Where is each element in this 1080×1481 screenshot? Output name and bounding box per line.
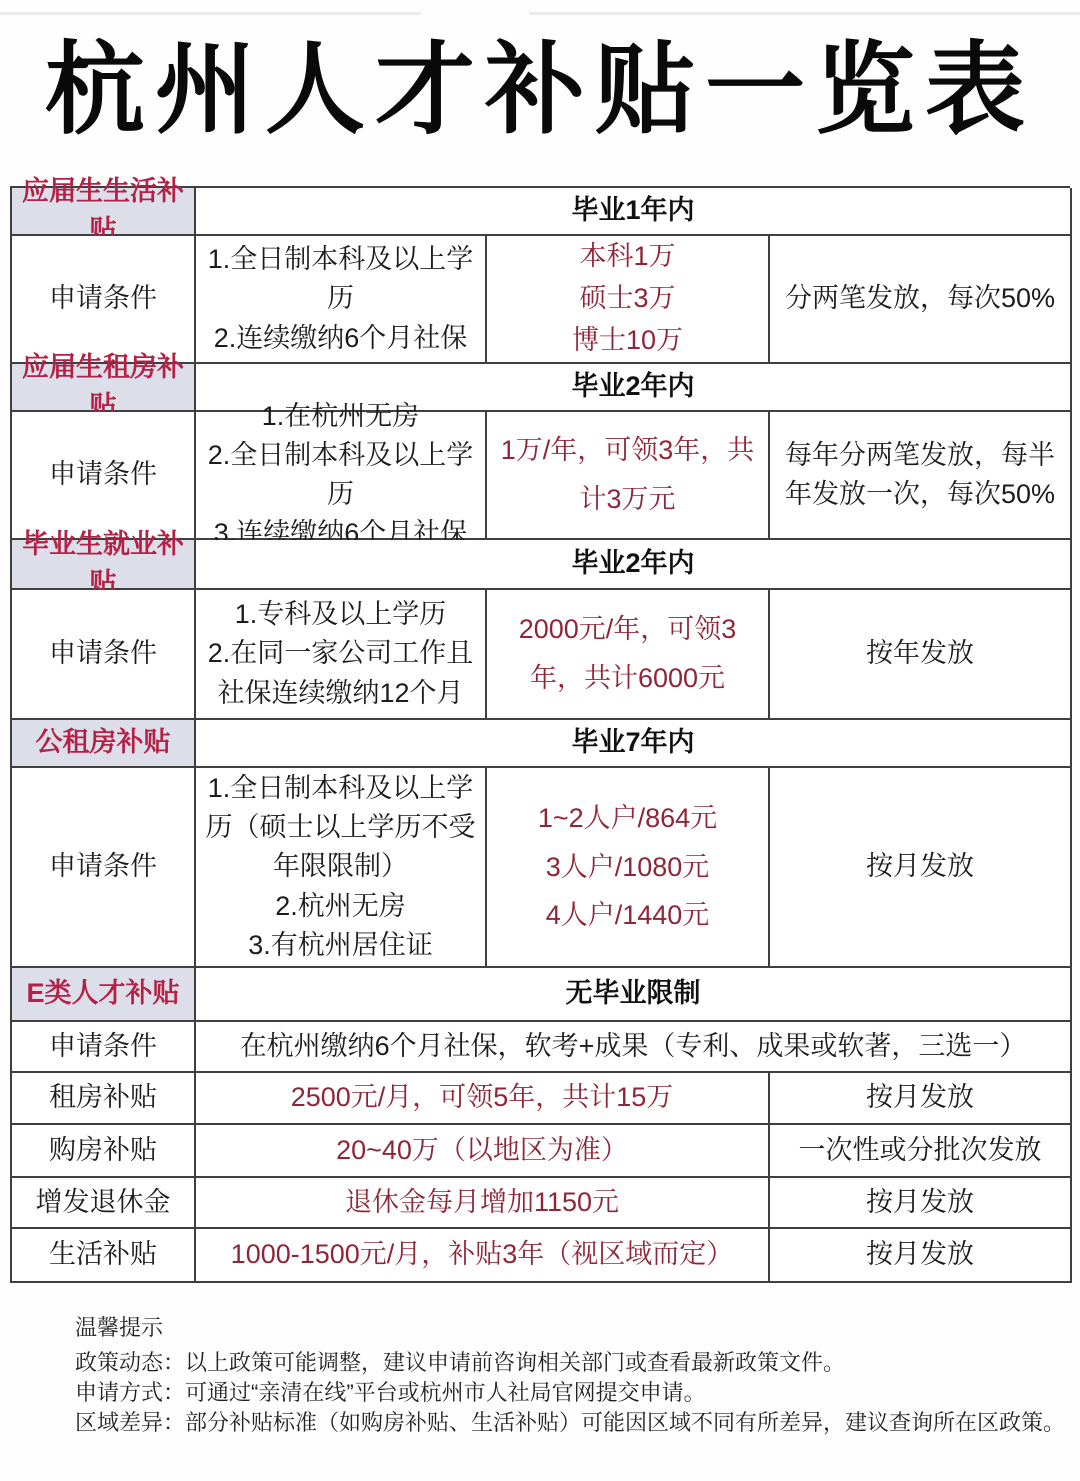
section-1-row-label: 申请条件 xyxy=(12,236,196,364)
e-row-rent-label: 租房补贴 xyxy=(12,1073,196,1125)
e-row-living-payment: 按月发放 xyxy=(770,1229,1072,1283)
section-4-row-label: 申请条件 xyxy=(12,768,196,968)
e-row-living-value: 1000-1500元/月，补贴3年（视区域而定） xyxy=(196,1229,770,1283)
section-1-conditions: 1.全日制本科及以上学历 2.连续缴纳6个月社保 xyxy=(196,236,487,364)
section-4-label: 公租房补贴 xyxy=(12,720,196,768)
section-3-payment: 按年发放 xyxy=(770,590,1072,720)
e-row-pension-label: 增发退休金 xyxy=(12,1178,196,1229)
section-2-conditions: 1.在杭州无房 2.全日制本科及以上学历 3.连续缴纳6个月社保 xyxy=(196,412,487,540)
note-apply: 申请方式：可通过“亲清在线”平台或杭州市人社局官网提交申请。 xyxy=(75,1378,1080,1408)
page: 杭州人才补贴一览表 应届生生活补贴 毕业1年内 申请条件 1.全日制本科及以上学… xyxy=(0,0,1080,1481)
e-row-purchase-value: 20~40万（以地区为准） xyxy=(196,1125,770,1178)
section-3-label: 毕业生就业补贴 xyxy=(12,540,196,590)
section-2-row-label: 申请条件 xyxy=(12,412,196,540)
section-1-period: 毕业1年内 xyxy=(196,188,1072,236)
section-3-period: 毕业2年内 xyxy=(196,540,1072,590)
section-4-period: 毕业7年内 xyxy=(196,720,1072,768)
section-4-conditions: 1.全日制本科及以上学历（硕士以上学历不受年限限制） 2.杭州无房 3.有杭州居… xyxy=(196,768,487,968)
section-2-label: 应届生租房补贴 xyxy=(12,364,196,412)
section-2-payment: 每年分两笔发放，每半年发放一次，每次50% xyxy=(770,412,1072,540)
notes-title: 温馨提示 xyxy=(75,1313,1080,1343)
section-3-amounts: 2000元/年，可领3年，共计6000元 xyxy=(487,590,770,720)
note-policy: 政策动态：以上政策可能调整，建议申请前咨询相关部门或查看最新政策文件。 xyxy=(75,1348,1080,1378)
page-title: 杭州人才补贴一览表 xyxy=(0,30,1080,150)
e-row-purchase-label: 购房补贴 xyxy=(12,1125,196,1178)
section-e-period: 无毕业限制 xyxy=(196,968,1072,1022)
note-region: 区域差异：部分补贴标准（如购房补贴、生活补贴）可能因区域不同有所差异，建议查询所… xyxy=(75,1408,1080,1438)
e-row-pension-payment: 按月发放 xyxy=(770,1178,1072,1229)
section-2-amounts: 1万/年，可领3年，共计3万元 xyxy=(487,412,770,540)
e-row-rent-payment: 按月发放 xyxy=(770,1073,1072,1125)
section-4-payment: 按月发放 xyxy=(770,768,1072,968)
notes-block: 温馨提示 政策动态：以上政策可能调整，建议申请前咨询相关部门或查看最新政策文件。… xyxy=(75,1313,1080,1438)
e-row-living-label: 生活补贴 xyxy=(12,1229,196,1283)
section-e-label: E类人才补贴 xyxy=(12,968,196,1022)
section-1-label: 应届生生活补贴 xyxy=(12,188,196,236)
e-row-purchase-payment: 一次性或分批次发放 xyxy=(770,1125,1072,1178)
e-row-rent-value: 2500元/月，可领5年，共计15万 xyxy=(196,1073,770,1125)
section-3-row-label: 申请条件 xyxy=(12,590,196,720)
section-e-condition-label: 申请条件 xyxy=(12,1022,196,1073)
subsidy-table: 应届生生活补贴 毕业1年内 申请条件 1.全日制本科及以上学历 2.连续缴纳6个… xyxy=(10,186,1070,1283)
section-4-amounts: 1~2人户/864元 3人户/1080元 4人户/1440元 xyxy=(487,768,770,968)
e-row-pension-value: 退休金每月增加1150元 xyxy=(196,1178,770,1229)
section-3-conditions: 1.专科及以上学历 2.在同一家公司工作且社保连续缴纳12个月 xyxy=(196,590,487,720)
top-divider xyxy=(0,12,1080,15)
section-1-payment: 分两笔发放，每次50% xyxy=(770,236,1072,364)
section-e-condition-value: 在杭州缴纳6个月社保，软考+成果（专利、成果或软著，三选一） xyxy=(196,1022,1072,1073)
section-1-amounts: 本科1万 硕士3万 博士10万 xyxy=(487,236,770,364)
